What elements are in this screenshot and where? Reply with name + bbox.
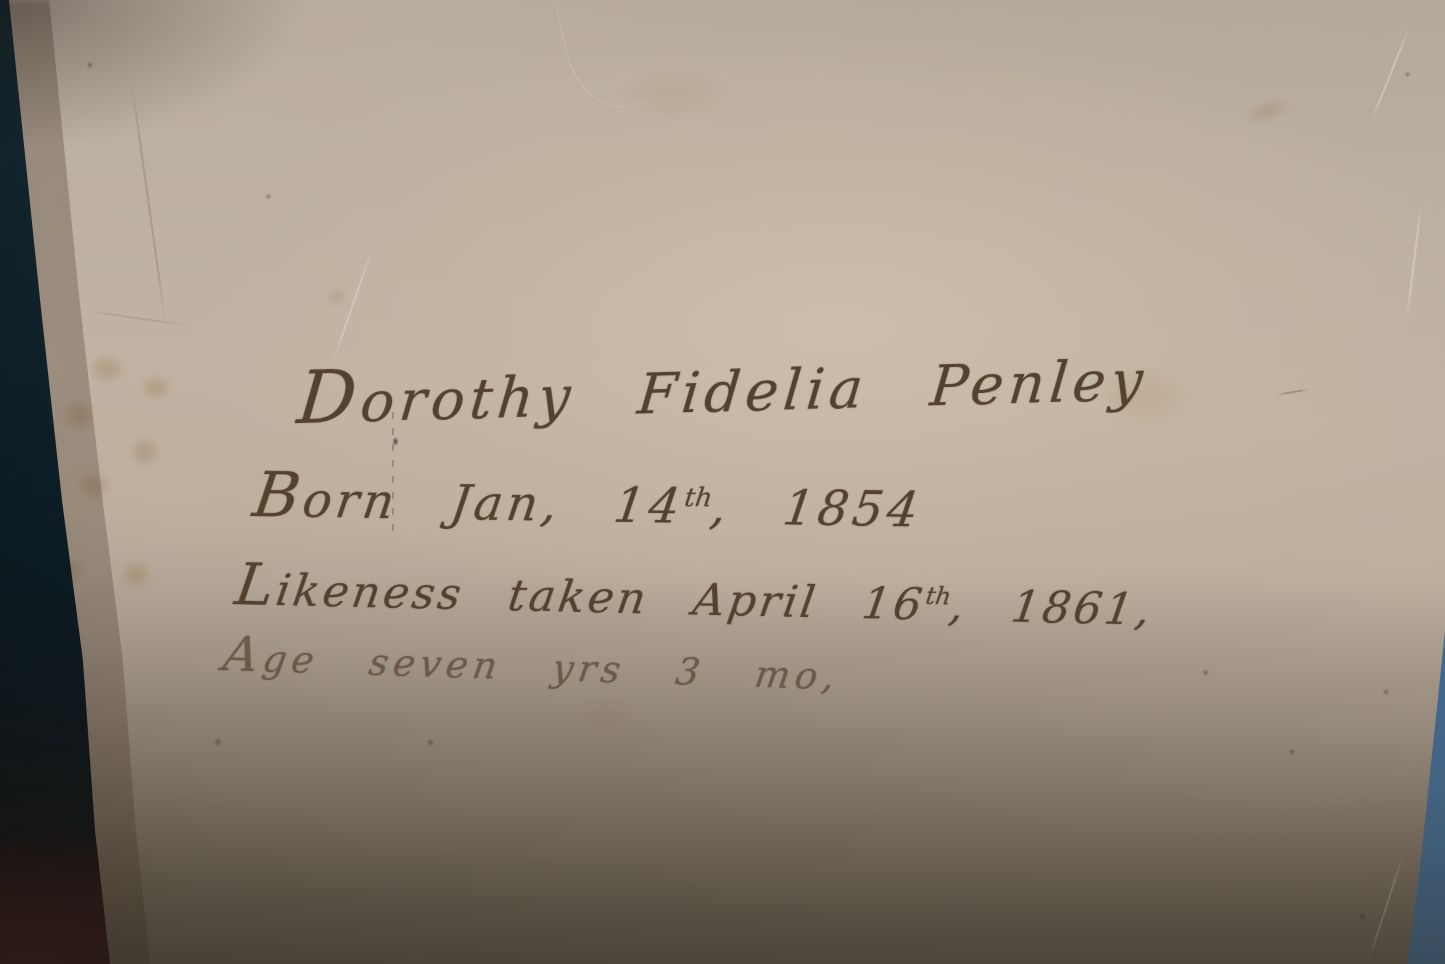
handwriting-birthdate-text: Born Jan, 14 — [249, 472, 687, 535]
foxing-stain — [114, 556, 158, 594]
paper-speck — [1288, 748, 1296, 756]
foxing-stain — [560, 690, 650, 740]
handwriting-likeness-text: Likeness taken April 16 — [232, 564, 929, 630]
paper-speck — [265, 193, 272, 200]
antique-photo-back: Dorothy Fidelia Penley Born Jan, 14th, 1… — [0, 0, 1445, 964]
handwriting-likeness-line: Likeness taken April 16th, 1861, — [231, 552, 1158, 639]
handwriting-likeness-year: , 1861, — [946, 580, 1156, 635]
paper-speck — [213, 737, 223, 747]
handwriting-birthdate-line: Born Jan, 14th, 1854 — [249, 458, 928, 541]
scratch-mark — [1406, 205, 1422, 319]
handwriting-birthdate-ordinal: th — [683, 482, 715, 513]
paper-speck — [1382, 688, 1390, 696]
handwriting-name-text: Dorothy Fidelia Penley — [294, 348, 1150, 437]
scratch-mark — [1367, 855, 1404, 962]
foxing-stain — [322, 284, 352, 310]
handwriting-age-text: Age seven yrs 3 mo, — [220, 636, 842, 698]
paper-speck — [1201, 668, 1210, 677]
foxing-stain — [1235, 89, 1300, 134]
paper-speck — [86, 61, 94, 69]
pencil-mark — [1276, 388, 1310, 396]
foxing-stain — [134, 370, 178, 406]
foxing-stain — [82, 348, 132, 390]
paper-speck — [1358, 912, 1367, 921]
handwriting-name-line: Dorothy Fidelia Penley — [294, 332, 1152, 441]
paper-speck — [426, 738, 435, 747]
crease-line — [86, 310, 189, 326]
handwriting-age-line: Age seven yrs 3 mo, — [220, 626, 844, 701]
crease-line — [130, 78, 167, 331]
handwriting-birthdate-year: , 1854 — [707, 479, 925, 538]
foxing-stain — [124, 432, 166, 472]
paper-speck — [1404, 71, 1411, 78]
crease-line — [556, 0, 651, 117]
